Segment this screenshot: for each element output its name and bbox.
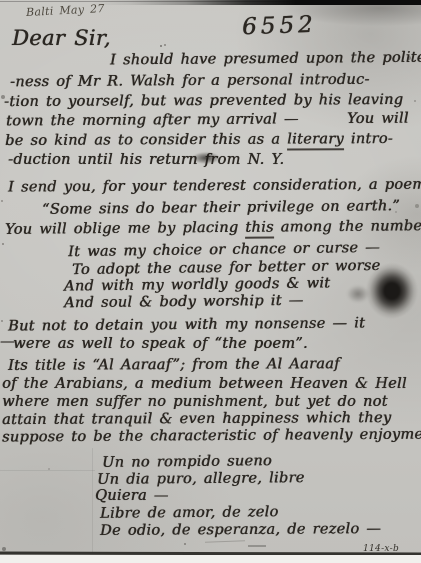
- manuscript-letter-photo: Balti May 27 6552 Dear Sir, I should hav…: [0, 0, 421, 563]
- body-line: town the morning after my arrival — You …: [6, 111, 409, 130]
- body-line: Its title is “Al Aaraaf”; from the Al Aa…: [8, 356, 340, 374]
- spanish-verse-line: Libre de amor, de zelo: [100, 504, 279, 522]
- quotation-line: “Some sins do bear their privilege on ea…: [42, 198, 400, 218]
- ink-smudge-small: [192, 152, 220, 164]
- underlined-word-literary: literary: [287, 131, 344, 150]
- spanish-verse-line: Quiera —: [95, 488, 169, 504]
- body-line: -duction until his return from N. Y.: [8, 152, 284, 168]
- verse-line: To adopt the cause for better or worse: [72, 258, 381, 278]
- verse-line: And soul & body worship it —: [64, 293, 304, 312]
- body-line: suppose to be the characteristic of heav…: [2, 426, 421, 445]
- ink-blot: [360, 263, 418, 319]
- spanish-verse-line: Un no rompido sueno: [102, 453, 272, 471]
- paper-fold-line-vertical: [92, 448, 93, 552]
- underlined-word-this: this: [245, 220, 274, 239]
- verse-line: It was my choice or chance or curse —: [68, 240, 380, 260]
- body-line: where men suffer no punishment, but yet …: [2, 394, 388, 410]
- body-text: be so kind as to consider this as a: [5, 132, 287, 149]
- body-text: You will oblige me by placing: [5, 220, 245, 238]
- paper-speckles: [0, 0, 2, 2]
- spanish-verse-line: Un dia puro, allegre, libre: [97, 470, 305, 488]
- body-text: among the number: [274, 218, 421, 235]
- body-line-with-underline: be so kind as to consider this as a lite…: [5, 131, 393, 149]
- faint-scribble: [205, 540, 245, 542]
- body-line: But not to detain you with my nonsense —…: [8, 315, 365, 334]
- body-text: intro-: [344, 131, 393, 147]
- paper-fold-line-horizontal: [0, 470, 95, 471]
- body-line: -tion to yourself, but was prevented by …: [4, 92, 403, 110]
- spanish-verse-line: De odio, de esperanza, de rezelo —: [100, 521, 381, 539]
- photo-bottom-margin: [0, 555, 421, 563]
- body-line: attain that tranquil & even happiness wh…: [2, 410, 391, 428]
- faint-scribble: [248, 545, 266, 547]
- body-line: -ness of Mr R. Walsh for a personal intr…: [10, 72, 370, 91]
- body-line: of the Arabians, a medium between Heaven…: [2, 376, 407, 392]
- salutation: Dear Sir,: [12, 26, 111, 50]
- verse-line: And with my worldly goods & wit: [64, 275, 330, 294]
- body-line: I should have presumed upon the polite-: [110, 50, 421, 69]
- date-note: Balti May 27: [26, 2, 105, 19]
- body-line-with-underline: You will oblige me by placing this among…: [5, 218, 421, 238]
- docket-number: 6552: [242, 12, 317, 41]
- body-line: were as well to speak of “the poem”.: [13, 336, 308, 352]
- body-line: I send you, for your tenderest considera…: [8, 176, 421, 195]
